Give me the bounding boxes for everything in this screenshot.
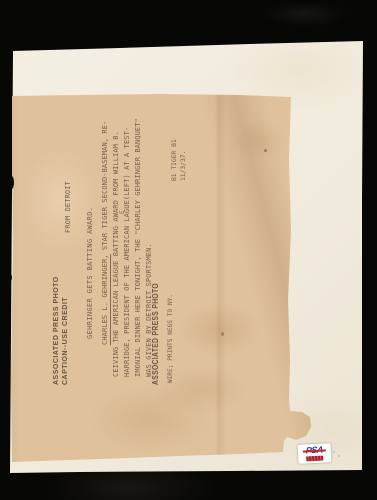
footer-stamp: ASSOCIATED PRESS PHOTO xyxy=(151,283,160,385)
paper-speck xyxy=(221,332,224,336)
caption-line-1: CHARLES L. GEHRINGER, STAR TIGER SECOND-… xyxy=(100,115,111,377)
photo-of-press-photo-back: ASSOCIATED PRESS PHOTO CAPTION--USE CRED… xyxy=(0,0,377,500)
date-line: 11/3/37. xyxy=(179,139,188,181)
header-stamp: ASSOCIATED PRESS PHOTO CAPTION--USE CRED… xyxy=(52,276,70,385)
header-stamp-line1: ASSOCIATED PRESS PHOTO xyxy=(52,276,61,385)
caption-line-3: HARRIDGE, PRESIDENT OF THE AMERICAN LAEG… xyxy=(122,115,133,377)
underlined-name: CHARLES L. GEHRINGER, xyxy=(101,254,111,345)
slug-and-date: B1 TIGER B1 11/3/37. xyxy=(170,139,188,181)
inserted-letter: E xyxy=(117,210,128,214)
torn-edge-notch xyxy=(9,274,12,281)
caption-line-2: CEIVING THE AMERICAN LEAGUE BATTING AWAR… xyxy=(111,115,122,377)
caption-line-4: IMONIAL DINNER HERE TONIGHT, THE "CHARLE… xyxy=(133,115,144,377)
header-stamp-line2: CAPTION--USE CREDIT xyxy=(61,276,70,385)
caption-line-1-rest: STAR TIGER SECOND-BASEMAN, RE- xyxy=(101,121,109,255)
caption-body: CHARLES L. GEHRINGER, STAR TIGER SECOND-… xyxy=(100,115,155,377)
slug-line: B1 TIGER B1 xyxy=(170,139,179,181)
paper-speck xyxy=(264,149,267,152)
origin-line: FROM DETROIT xyxy=(64,181,72,233)
psa-authentication-sticker: PSA xyxy=(298,443,332,464)
caption-headline: GEHRINGER GETS BATTING AWARD. xyxy=(86,207,94,339)
caption-line-3-before: HARRIDGE, PRESIDENT OF THE AMERICAN LA xyxy=(123,213,131,377)
caption-line-3-after: GUE(LEFT) AT A TEST- xyxy=(123,127,131,213)
wire-note: WIRE; PRINTS NEGS TO NY. xyxy=(167,294,174,383)
typewritten-caption-block: ASSOCIATED PRESS PHOTO CAPTION--USE CRED… xyxy=(22,99,280,451)
psa-cert-number-bar xyxy=(306,456,323,461)
ink-dots xyxy=(333,451,343,459)
torn-edge-notch xyxy=(9,176,14,189)
